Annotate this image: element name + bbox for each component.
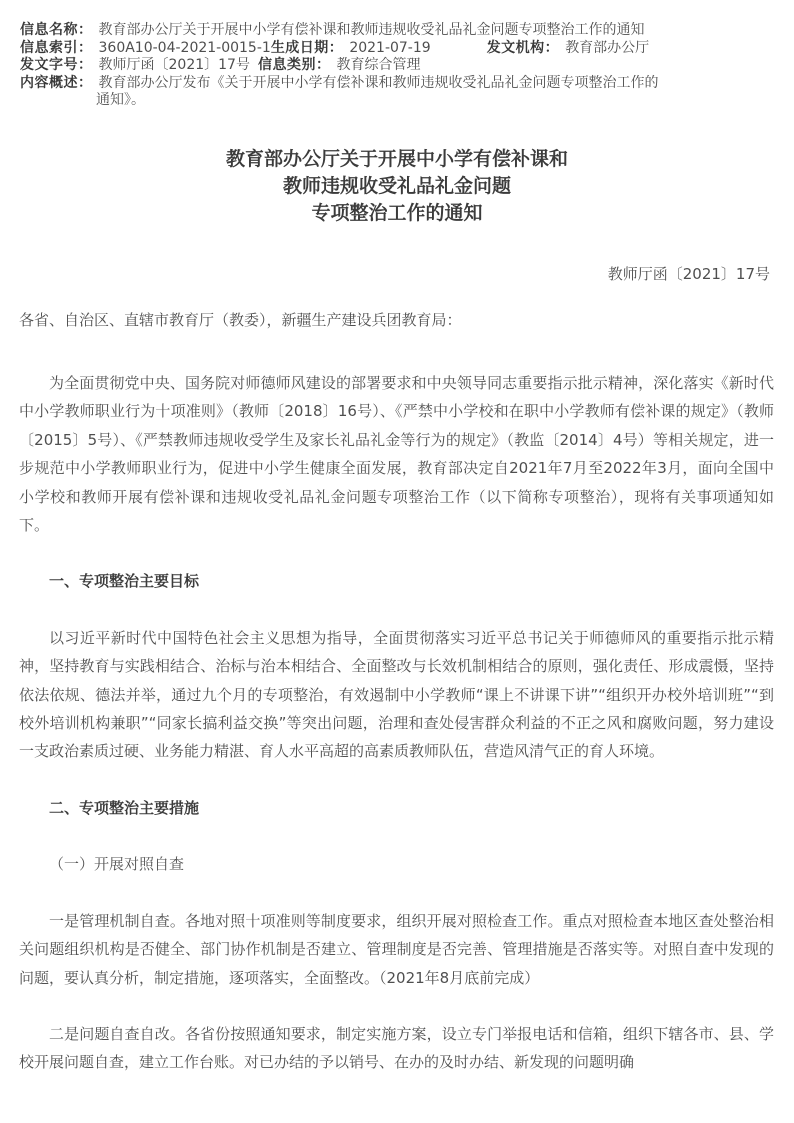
generated-date-label: 生成日期：: [271, 40, 344, 56]
paragraph-measure-1: 一是管理机制自查。各地对照十项准则等制度要求，组织开展对照检查工作。重点对照检查…: [19, 907, 774, 992]
meta-row-name: 信息名称：教育部办公厅关于开展中小学有偿补课和教师违规收受礼品礼金问题专项整治工…: [20, 22, 670, 40]
info-index-value: 360A10-04-2021-0015-1: [99, 40, 271, 56]
doc-number-value: 教师厅函〔2021〕17号: [99, 57, 250, 73]
paragraph-intro: 为全面贯彻党中央、国务院对师德师风建设的部署要求和中央领导同志重要指示批示精神，…: [19, 369, 774, 539]
salutation: 各省、自治区、直辖市教育厅（教委），新疆生产建设兵团教育局：: [19, 309, 774, 330]
meta-row-docno-category: 发文字号：教师厅函〔2021〕17号信息类别：教育综合管理: [20, 57, 670, 75]
document-title: 教育部办公厅关于开展中小学有偿补课和 教师违规收受礼品礼金问题 专项整治工作的通…: [0, 146, 794, 227]
generated-date-value: 2021-07-19: [349, 40, 430, 56]
document-page: 信息名称：教育部办公厅关于开展中小学有偿补课和教师违规收受礼品礼金问题专项整治工…: [0, 0, 794, 1123]
paragraph-measure-2: 二是问题自查自改。各省份按照通知要求，制定实施方案，设立专门举报电话和信箱，组织…: [19, 1020, 774, 1077]
content-summary-value: 教育部办公厅发布《关于开展中小学有偿补课和教师违规收受礼品礼金问题专项整治工作的…: [96, 75, 659, 109]
title-line-2: 教师违规收受礼品礼金问题: [0, 173, 794, 200]
info-name-label: 信息名称：: [20, 22, 93, 38]
info-header: 信息名称：教育部办公厅关于开展中小学有偿补课和教师违规收受礼品礼金问题专项整治工…: [20, 22, 670, 110]
issuing-agency-label: 发文机构：: [487, 40, 560, 56]
info-name-value: 教育部办公厅关于开展中小学有偿补课和教师违规收受礼品礼金问题专项整治工作的通知: [99, 22, 645, 38]
section-heading-2: 二、专项整治主要措施: [19, 794, 774, 822]
info-index-label: 信息索引：: [20, 40, 93, 56]
document-body: 为全面贯彻党中央、国务院对师德师风建设的部署要求和中央领导同志重要指示批示精神，…: [19, 341, 774, 1105]
info-category-value: 教育综合管理: [336, 57, 420, 73]
title-line-3: 专项整治工作的通知: [0, 200, 794, 227]
meta-row-index-date-agency: 信息索引：360A10-04-2021-0015-1生成日期：2021-07-1…: [20, 40, 670, 58]
paragraph-goals: 以习近平新时代中国特色社会主义思想为指导，全面贯彻落实习近平总书记关于师德师风的…: [19, 624, 774, 766]
issuing-agency-value: 教育部办公厅: [565, 40, 649, 56]
title-line-1: 教育部办公厅关于开展中小学有偿补课和: [0, 146, 794, 173]
meta-row-summary: 内容概述：教育部办公厅发布《关于开展中小学有偿补课和教师违规收受礼品礼金问题专项…: [20, 75, 670, 110]
section-heading-1: 一、专项整治主要目标: [19, 567, 774, 595]
content-summary-label: 内容概述：: [20, 75, 93, 91]
document-number: 教师厅函〔2021〕17号: [608, 263, 770, 284]
subsection-heading-2-1: （一）开展对照自查: [19, 850, 774, 878]
info-category-label: 信息类别：: [258, 57, 331, 73]
doc-number-label: 发文字号：: [20, 57, 93, 73]
